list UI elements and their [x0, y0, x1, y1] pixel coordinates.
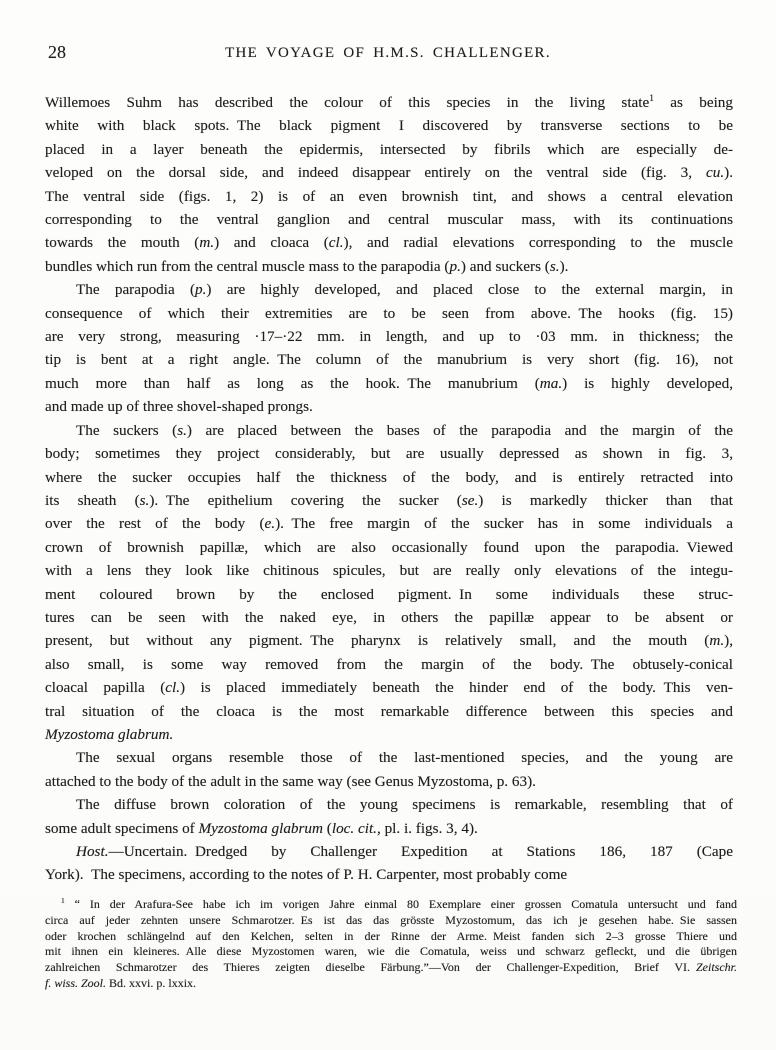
text-run: “ In der Arafura-See habe ich im vorigen…: [65, 897, 737, 911]
italic-text-run: s.: [550, 258, 560, 275]
text-run: body; sometimes they project considerabl…: [45, 445, 733, 462]
italic-text-run: cl.: [329, 234, 344, 251]
text-run: attached to the body of the adult in the…: [45, 773, 536, 790]
text-run: are very strong, measuring ·17–·22 mm. i…: [45, 328, 733, 345]
italic-text-run: p.: [449, 258, 460, 275]
text-line: over the rest of the body (e.). The free…: [45, 512, 733, 535]
text-run: Willemoes Suhm has described the colour …: [45, 94, 649, 111]
text-run: consequence of which their extremities a…: [45, 305, 733, 322]
text-run: some adult specimens of: [45, 820, 199, 837]
text-line: corresponding to the ventral ganglion an…: [45, 208, 733, 231]
text-run: ).: [724, 164, 733, 181]
text-run: where the sucker occupies half the thick…: [45, 469, 733, 486]
text-run: The suckers (: [76, 422, 177, 439]
text-run: tral situation of the cloaca is the most…: [45, 703, 733, 720]
text-line: tures can be seen with the naked eye, in…: [45, 606, 733, 629]
text-run: —Uncertain. Dredged by Challenger Expedi…: [109, 843, 734, 860]
text-run: corresponding to the ventral ganglion an…: [45, 211, 733, 228]
text-run: ) are highly developed, and placed close…: [206, 281, 733, 298]
italic-text-run: cu.: [706, 164, 724, 181]
text-run: ) is placed immediately beneath the hind…: [180, 679, 733, 696]
text-line: York). The specimens, according to the n…: [45, 863, 733, 886]
italic-text-run: m.: [709, 632, 724, 649]
text-run: York). The specimens, according to the n…: [45, 866, 567, 883]
text-run: mit ihnen ein kleineres. Alle diese Myzo…: [45, 944, 737, 958]
text-run: white with black spots. The black pigmen…: [45, 117, 733, 134]
text-line: tral situation of the cloaca is the most…: [45, 700, 733, 723]
text-line: where the sucker occupies half the thick…: [45, 466, 733, 489]
text-run: tip is bent at a right angle. The column…: [45, 351, 733, 368]
text-run: ment coloured brown by the enclosed pigm…: [45, 586, 733, 603]
text-run: ),: [724, 632, 733, 649]
text-run: also small, is some way removed from the…: [45, 656, 733, 673]
text-line: its sheath (s.). The epithelium covering…: [45, 489, 733, 512]
text-run: ).: [560, 258, 569, 275]
text-line: also small, is some way removed from the…: [45, 653, 733, 676]
text-line: white with black spots. The black pigmen…: [45, 114, 733, 137]
text-run: The ventral side (figs. 1, 2) is of an e…: [45, 188, 733, 205]
text-line: placed in a layer beneath the epidermis,…: [45, 138, 733, 161]
text-line: The parapodia (p.) are highly developed,…: [45, 278, 733, 301]
text-run: ) are placed between the bases of the pa…: [187, 422, 733, 439]
paragraph: 1 “ In der Arafura-See habe ich im vorig…: [45, 897, 737, 992]
text-line: are very strong, measuring ·17–·22 mm. i…: [45, 325, 733, 348]
text-line: oder krochen schlängelnd auf den Kelchen…: [45, 929, 737, 945]
text-run: ). The epithelium covering the sucker (: [149, 492, 461, 509]
text-line: The ventral side (figs. 1, 2) is of an e…: [45, 185, 733, 208]
text-line: some adult specimens of Myzostoma glabru…: [45, 817, 733, 840]
text-line: and made up of three shovel-shaped prong…: [45, 395, 733, 418]
text-run: (: [323, 820, 332, 837]
text-run: The parapodia (: [76, 281, 195, 298]
italic-text-run: p.: [195, 281, 206, 298]
italic-text-run: m.: [199, 234, 214, 251]
text-line: veloped on the dorsal side, and indeed d…: [45, 161, 733, 184]
text-run: ) and cloaca (: [214, 234, 329, 251]
paragraph: The parapodia (p.) are highly developed,…: [45, 278, 733, 418]
italic-text-run: s.: [177, 422, 187, 439]
text-run: as being: [654, 94, 733, 111]
text-run: , pl. i. figs. 3, 4).: [377, 820, 478, 837]
text-run: The sexual organs resemble those of the …: [76, 749, 733, 766]
text-line: zahlreichen Schmarotzer des Thieres zeig…: [45, 960, 737, 976]
italic-text-run: cl.: [165, 679, 180, 696]
text-run: bundles which run from the central muscl…: [45, 258, 449, 275]
paragraph: The diffuse brown coloration of the youn…: [45, 793, 733, 840]
text-run: and made up of three shovel-shaped prong…: [45, 398, 313, 415]
text-run: present, but without any pigment. The ph…: [45, 632, 709, 649]
italic-text-run: loc. cit.: [332, 820, 377, 837]
body-text: Willemoes Suhm has described the colour …: [45, 91, 733, 887]
text-run: cloacal papilla (: [45, 679, 165, 696]
text-line: Willemoes Suhm has described the colour …: [45, 91, 733, 114]
italic-text-run: s.: [140, 492, 150, 509]
paragraph: The suckers (s.) are placed between the …: [45, 419, 733, 747]
text-line: cloacal papilla (cl.) is placed immediat…: [45, 676, 733, 699]
text-line: f. wiss. Zool. Bd. xxvi. p. lxxix.: [45, 976, 737, 992]
text-run: its sheath (: [45, 492, 140, 509]
text-run: The diffuse brown coloration of the youn…: [76, 796, 733, 813]
text-run: much more than half as long as the hook.…: [45, 375, 540, 392]
text-line: Host.—Uncertain. Dredged by Challenger E…: [45, 840, 733, 863]
text-line: circa auf jeder zehnten unsere Schmarotz…: [45, 913, 737, 929]
text-line: consequence of which their extremities a…: [45, 302, 733, 325]
text-run: crown of brownish papillæ, which are als…: [45, 539, 733, 556]
text-line: 1 “ In der Arafura-See habe ich im vorig…: [45, 897, 737, 913]
italic-text-run: se.: [462, 492, 478, 509]
text-run: ) is highly developed,: [562, 375, 733, 392]
text-line: Myzostoma glabrum.: [45, 723, 733, 746]
text-line: The diffuse brown coloration of the youn…: [45, 793, 733, 816]
text-run: zahlreichen Schmarotzer des Thieres zeig…: [45, 960, 696, 974]
text-line: tip is bent at a right angle. The column…: [45, 348, 733, 371]
italic-text-run: Zeitschr.: [696, 960, 737, 974]
text-line: crown of brownish papillæ, which are als…: [45, 536, 733, 559]
italic-text-run: Myzostoma glabrum: [199, 820, 323, 837]
text-line: present, but without any pigment. The ph…: [45, 629, 733, 652]
text-run: towards the mouth (: [45, 234, 199, 251]
text-line: The sexual organs resemble those of the …: [45, 746, 733, 769]
italic-text-run: ma.: [540, 375, 562, 392]
text-line: attached to the body of the adult in the…: [45, 770, 733, 793]
text-run: veloped on the dorsal side, and indeed d…: [45, 164, 706, 181]
running-title: THE VOYAGE OF H.M.S. CHALLENGER.: [0, 45, 776, 62]
text-line: The suckers (s.) are placed between the …: [45, 419, 733, 442]
text-line: bundles which run from the central muscl…: [45, 255, 733, 278]
text-line: with a lens they look like chitinous spi…: [45, 559, 733, 582]
italic-text-run: e.: [265, 515, 276, 532]
text-run: placed in a layer beneath the epidermis,…: [45, 141, 733, 158]
italic-text-run: Host.: [76, 843, 109, 860]
text-line: ment coloured brown by the enclosed pigm…: [45, 583, 733, 606]
text-run: ) and suckers (: [461, 258, 550, 275]
text-run: Bd. xxvi. p. lxxix.: [106, 976, 196, 990]
paragraph: Willemoes Suhm has described the colour …: [45, 91, 733, 278]
text-run: circa auf jeder zehnten unsere Schmarotz…: [45, 913, 737, 927]
italic-text-run: Myzostoma glabrum.: [45, 726, 173, 743]
italic-text-run: f. wiss. Zool.: [45, 976, 106, 990]
text-run: ), and radial elevations corresponding t…: [344, 234, 733, 251]
footnote: 1 “ In der Arafura-See habe ich im vorig…: [45, 897, 737, 992]
text-run: oder krochen schlängelnd auf den Kelchen…: [45, 929, 737, 943]
text-line: body; sometimes they project considerabl…: [45, 442, 733, 465]
text-line: towards the mouth (m.) and cloaca (cl.),…: [45, 231, 733, 254]
paragraph: Host.—Uncertain. Dredged by Challenger E…: [45, 840, 733, 887]
text-run: over the rest of the body (: [45, 515, 265, 532]
text-run: ). The free margin of the sucker has in …: [275, 515, 733, 532]
paragraph: The sexual organs resemble those of the …: [45, 746, 733, 793]
text-run: ) is markedly thicker than that: [478, 492, 733, 509]
text-line: mit ihnen ein kleineres. Alle diese Myzo…: [45, 944, 737, 960]
text-run: tures can be seen with the naked eye, in…: [45, 609, 733, 626]
book-page: 28 THE VOYAGE OF H.M.S. CHALLENGER. Will…: [0, 0, 776, 1050]
text-run: with a lens they look like chitinous spi…: [45, 562, 733, 579]
text-line: much more than half as long as the hook.…: [45, 372, 733, 395]
